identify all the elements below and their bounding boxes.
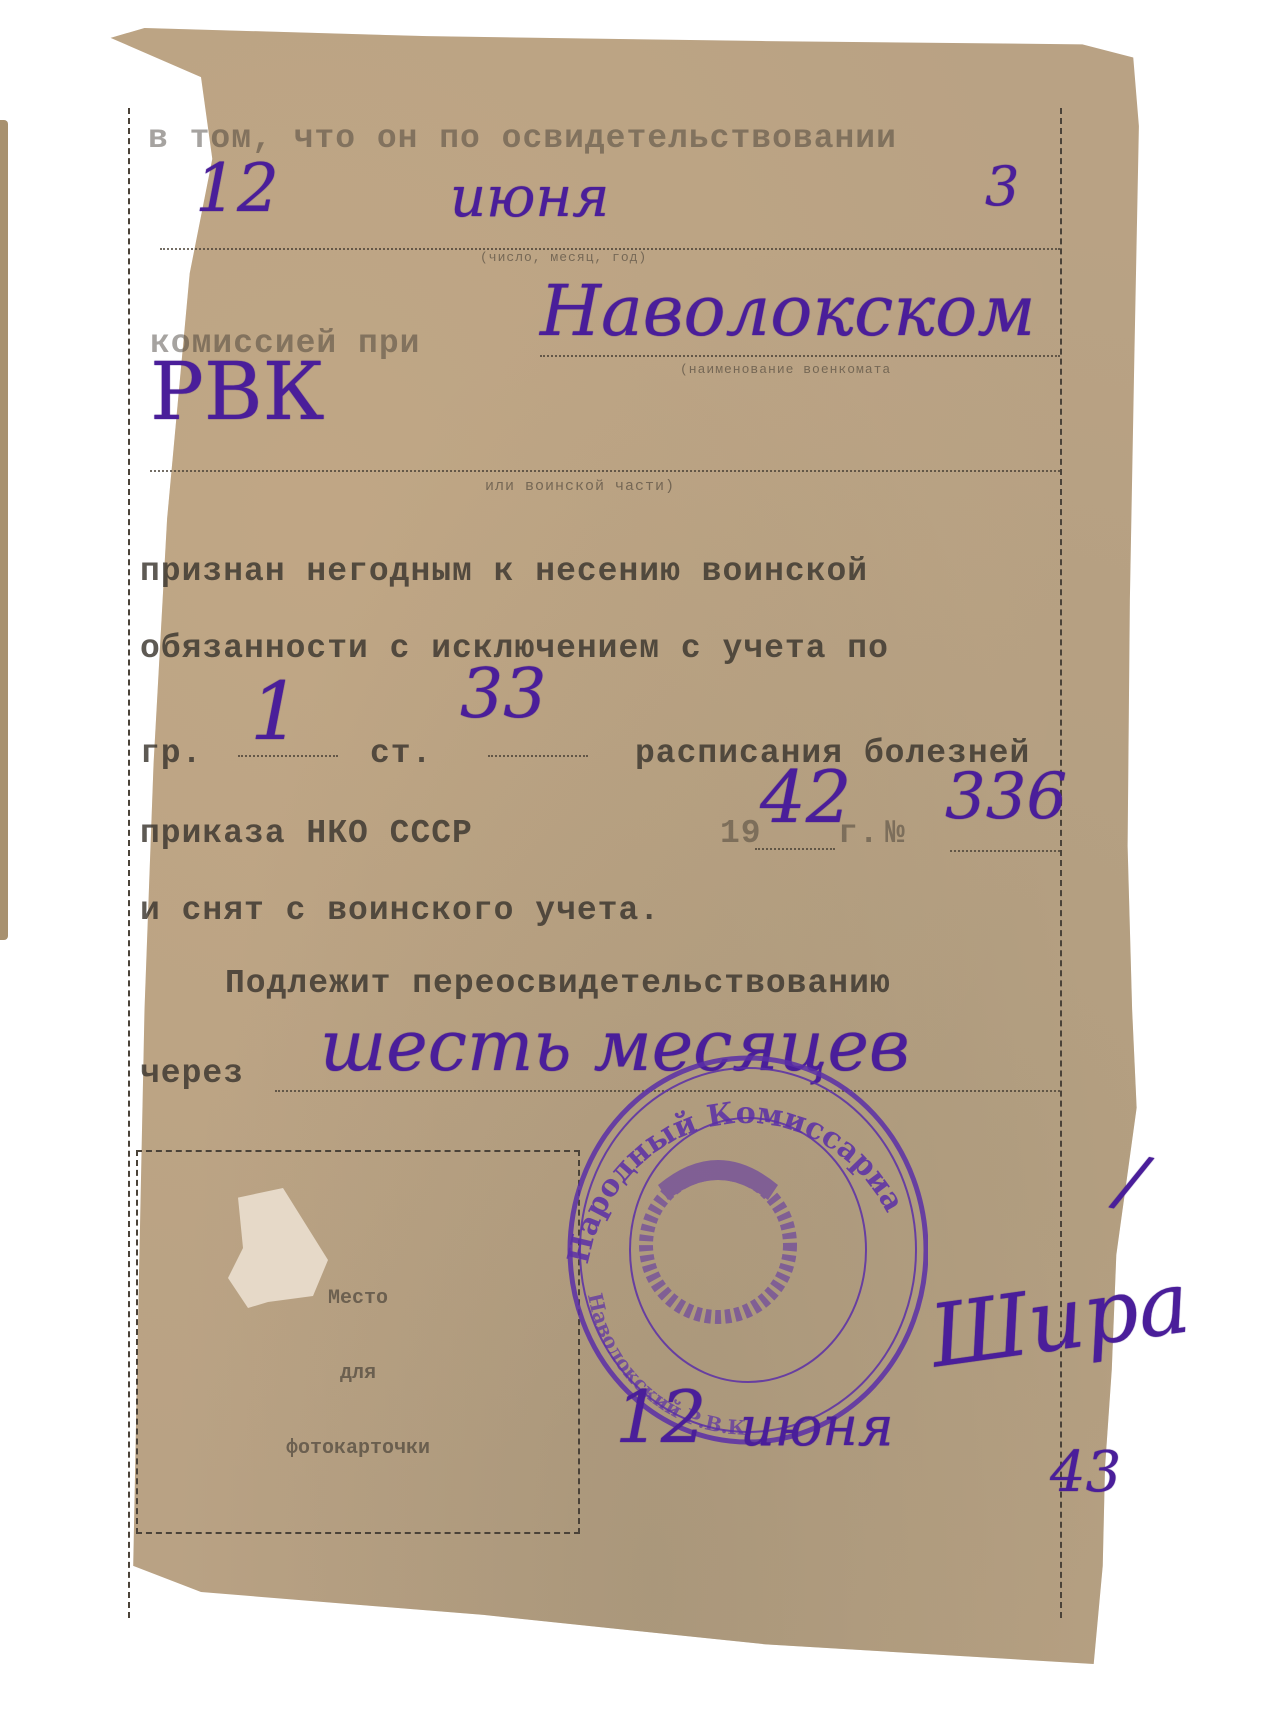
after-label: через xyxy=(140,1055,244,1092)
order-number-label: № xyxy=(885,815,906,852)
order-year-underline xyxy=(755,848,835,850)
handwritten-stamp-month: июня xyxy=(740,1395,894,1458)
photo-label-3: фотокарточки xyxy=(138,1437,578,1460)
order-year-suffix: г. xyxy=(838,815,880,852)
order-year-prefix: 19 xyxy=(720,815,762,852)
handwritten-stamp-year: 43 xyxy=(1050,1440,1121,1505)
article-label: ст. xyxy=(370,735,432,772)
handwritten-article: 33 xyxy=(460,655,547,734)
unit-caption: или воинской части) xyxy=(485,478,675,495)
printed-para-3: и снят с воинского учета. xyxy=(140,892,660,929)
handwritten-group: 1 xyxy=(250,665,301,758)
unit-underline xyxy=(150,470,1060,472)
photo-label-1: Место xyxy=(138,1287,578,1310)
adjacent-page-edge xyxy=(0,120,8,940)
handwritten-order-number: 336 xyxy=(945,760,1067,834)
handwritten-year-digit: 3 xyxy=(985,155,1019,218)
photo-placeholder-box: Место для фотокарточки xyxy=(136,1150,580,1534)
official-round-stamp: Народный Комиссариат Обороны Наволокский… xyxy=(548,1035,928,1455)
handwritten-commission: Наволокском xyxy=(540,270,1035,352)
order-label: приказа НКО СССР xyxy=(140,815,473,852)
handwritten-rvk: РВК xyxy=(150,345,325,438)
printed-para-1: признан негодным к несению воинской xyxy=(140,553,868,590)
handwritten-month: июня xyxy=(450,165,609,230)
commission-caption: (наименование военкомата xyxy=(680,362,891,377)
group-label: гр. xyxy=(140,735,202,772)
order-number-underline xyxy=(950,850,1060,852)
date-caption: (число, месяц, год) xyxy=(480,250,647,265)
reexam-text: Подлежит переосвидетельствованию xyxy=(225,965,891,1002)
article-underline xyxy=(488,755,588,757)
commission-underline xyxy=(540,355,1060,357)
handwritten-day: 12 xyxy=(195,150,279,227)
handwritten-stamp-day: 12 xyxy=(615,1375,707,1459)
photo-label-2: для xyxy=(138,1362,578,1385)
